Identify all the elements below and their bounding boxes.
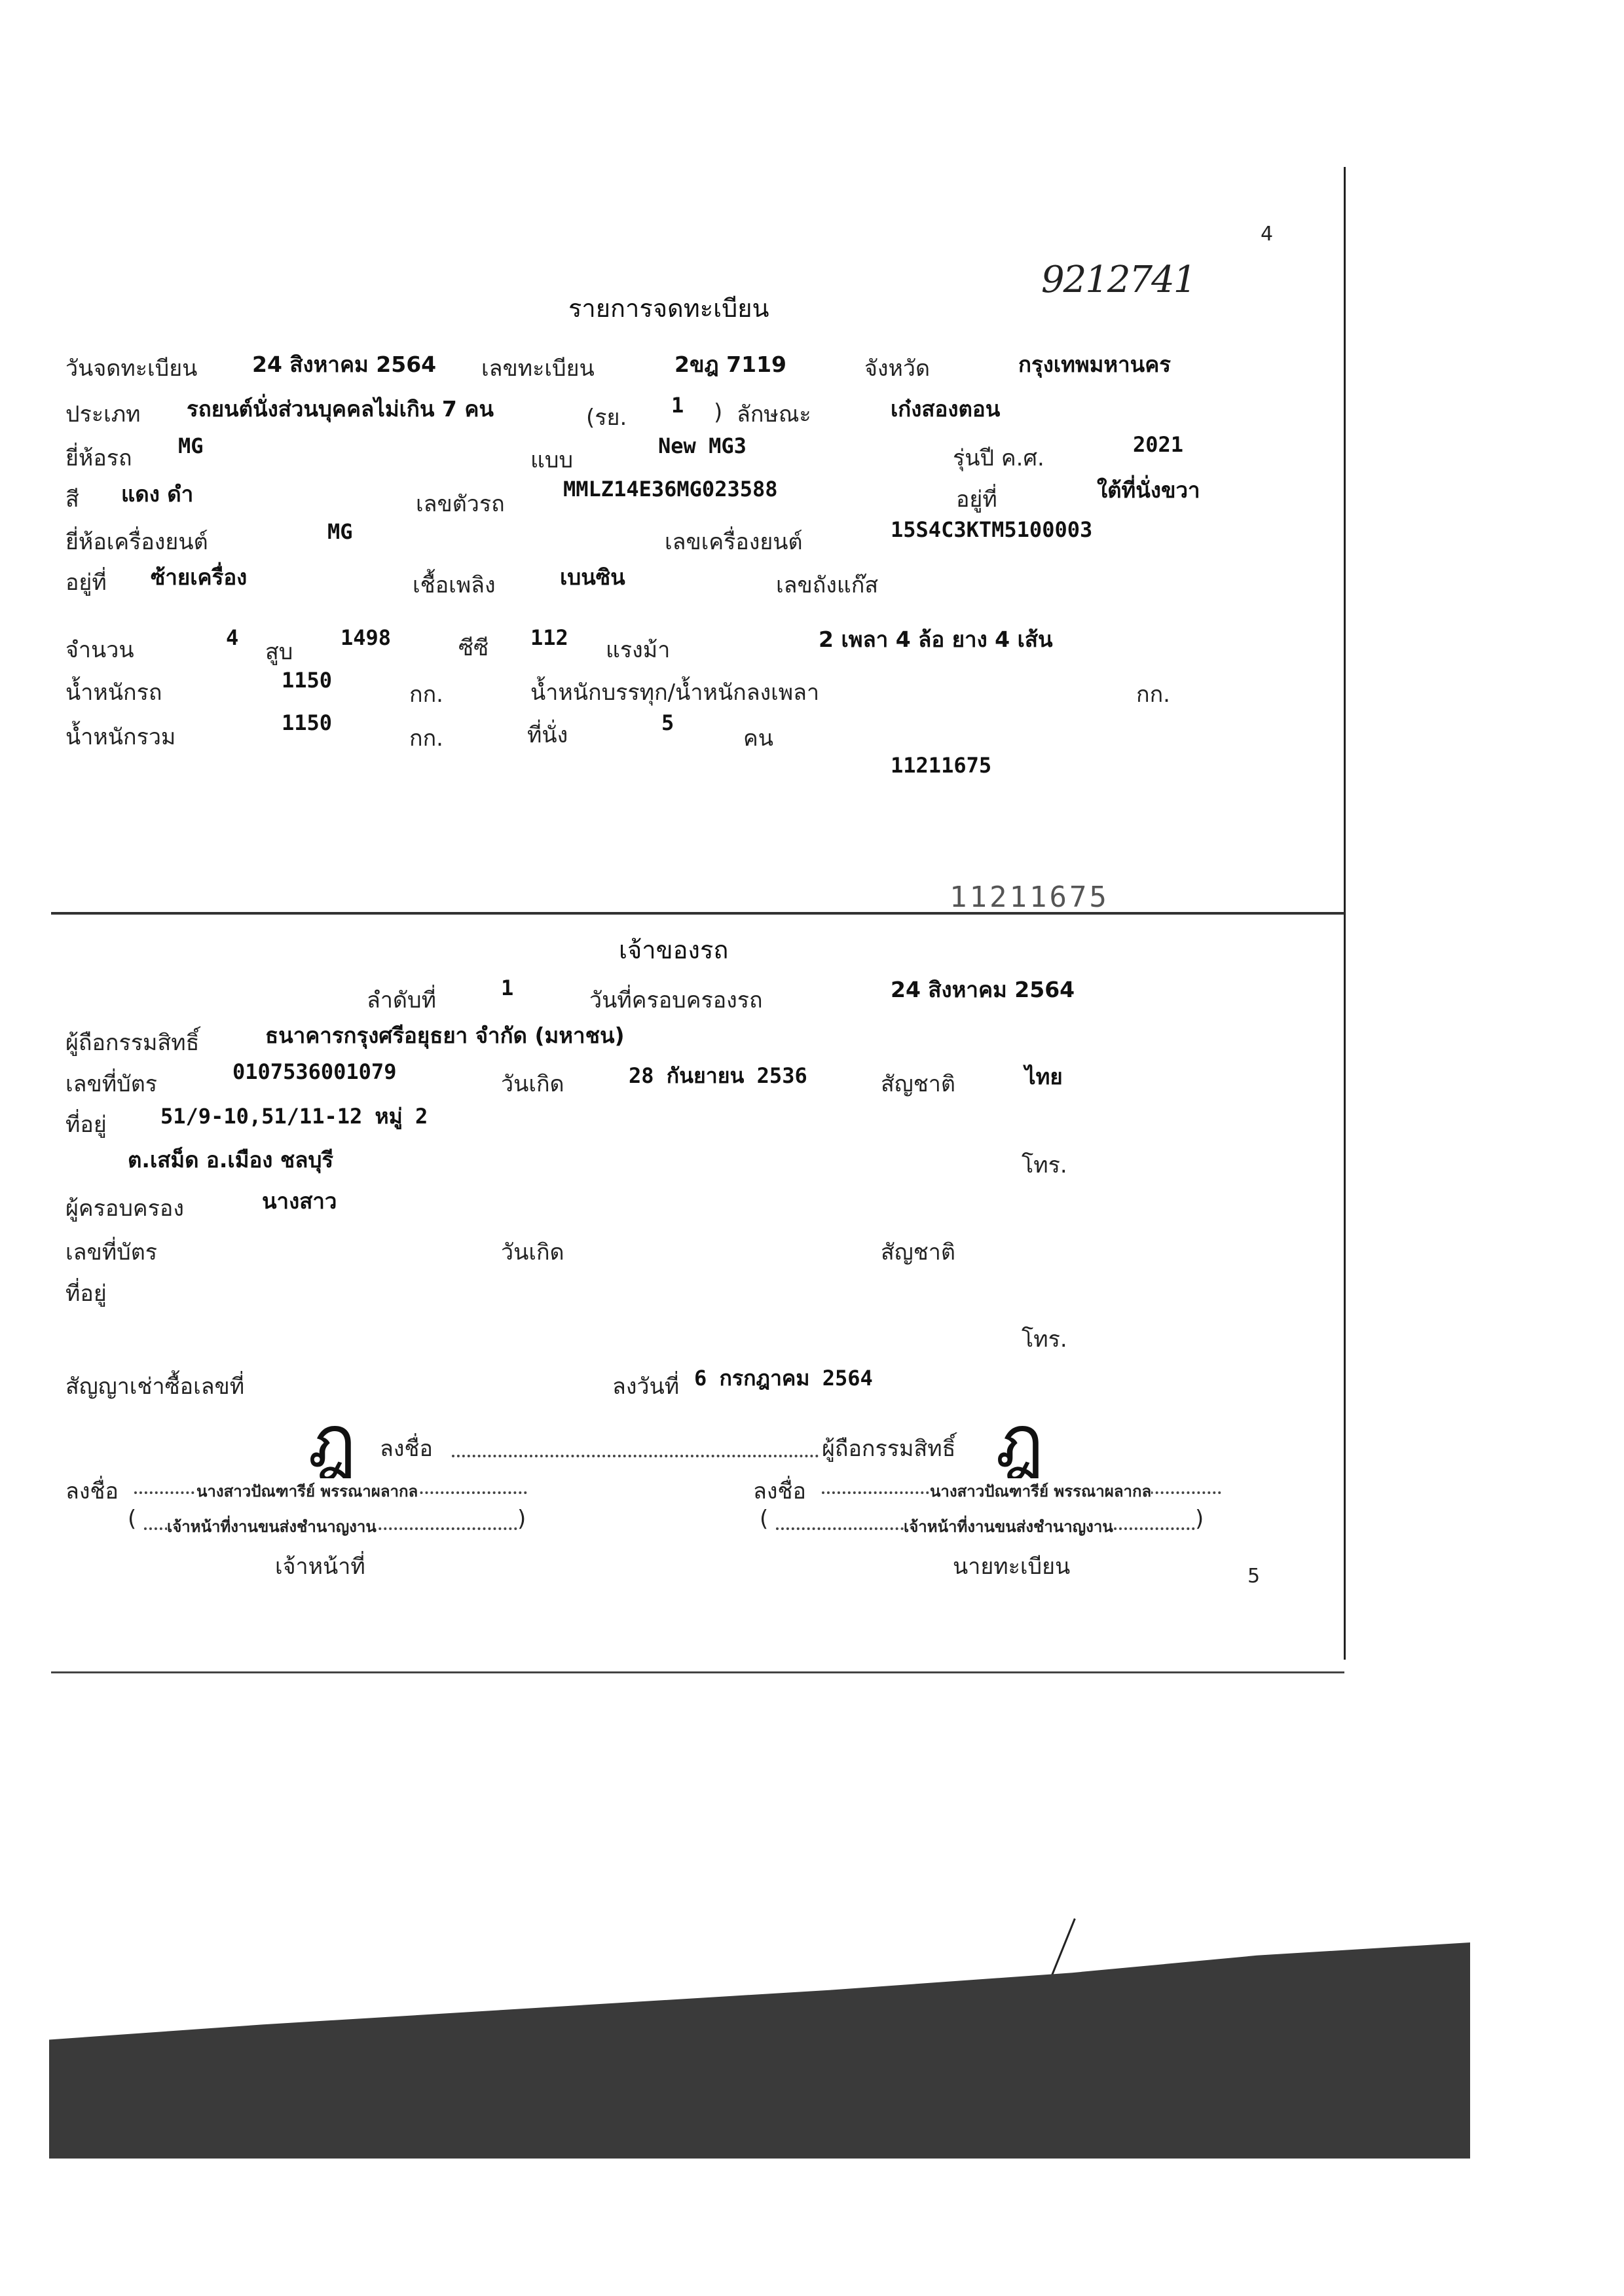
stamped-serial: 11211675 [950,881,1109,914]
engine-no-value: 15S4C3KTM5100003 [891,517,1092,542]
officer-paren-close: ) [517,1506,526,1532]
holder-birth-value: 28 กันยายน 2536 [629,1059,807,1093]
officer-sign-label: ลงชื่อ [65,1473,119,1508]
load-unit: กก. [1136,676,1170,712]
page-bottom-rule [51,1671,1344,1673]
officer-paren-open: ( [128,1506,136,1532]
fuel-value: เบนซิน [560,560,625,594]
brand-value: MG [178,433,204,458]
cylinders-value: 4 [226,625,238,650]
weight-value: 1150 [282,668,332,693]
load-label: น้ำหนักบรรทุก/น้ำหนักลงเพลา [530,674,819,710]
cylinders-unit: สูบ [265,634,293,669]
seats-label: ที่นั่ง [527,717,568,752]
scan-shadow-artifact [49,1942,1470,2159]
count-label: จำนวน [65,632,134,667]
holder-address-line2: ต.เสม็ด อ.เมือง ชลบุรี [128,1142,333,1177]
possessor-nationality-label: สัญชาติ [881,1234,955,1269]
model-year-value: 2021 [1133,432,1183,457]
style-label: ลักษณะ [737,396,811,431]
chassis-value: MMLZ14E36MG023588 [563,477,778,501]
seq-value: 1 [501,975,513,1000]
engine-loc-value: ซ้ายเครื่อง [151,560,247,594]
type-value: รถยนต์นั่งส่วนบุคคลไม่เกิน 7 คน [187,392,494,426]
registrar-sign-label: ลงชื่อ [753,1473,806,1508]
contract-label: สัญญาเช่าซื้อเลขที่ [65,1368,244,1404]
owner-sign-label: ลงชื่อ [380,1430,433,1466]
chassis-label: เลขตัวรถ [416,486,505,521]
engine-loc-label: อยู่ที่ [65,564,107,600]
cc-unit: ซีซี [458,630,489,665]
owner-role-label: ผู้ถือกรรมสิทธิ์ [822,1430,955,1466]
type-label: ประเภท [65,396,141,431]
brand-label: ยี่ห้อรถ [65,440,132,475]
gross-label: น้ำหนักรวม [65,719,175,754]
handwritten-reference: 9212741 [1041,259,1195,301]
province-value: กรุงเทพมหานคร [1018,347,1171,382]
registrar-name: นางสาวปัณฑารีย์ พรรณาผลากล [930,1478,1151,1504]
fuel-label: เชื้อเพลิง [413,567,496,602]
registration-title: รายการจดทะเบียน [568,288,769,328]
possessor-phone-label: โทร. [1022,1321,1067,1357]
color-label: สี [65,481,79,517]
holder-label: ผู้ถือกรรมสิทธิ์ [65,1025,199,1060]
ry-value: 1 [671,393,684,418]
officer-role: เจ้าหน้าที่ [275,1548,365,1584]
holder-nationality-label: สัญชาติ [881,1066,955,1101]
possessor-label: ผู้ครอบครอง [65,1190,184,1226]
engine-no-label: เลขเครื่องยนต์ [665,524,803,559]
form-serial-number: 11211675 [891,753,991,778]
hp-unit: แรงม้า [606,632,670,667]
seats-value: 5 [661,710,674,735]
reg-date-value: 24 สิงหาคม 2564 [252,347,436,382]
registrar-paren-close: ) [1195,1506,1204,1532]
possession-date-value: 24 สิงหาคม 2564 [891,972,1075,1007]
holder-birth-label: วันเกิด [501,1066,564,1101]
chassis-loc-value: ใต้ที่นั่งขวา [1097,473,1200,507]
color-value: แดง ดำ [121,477,193,511]
page-number-top: 4 [1261,223,1273,246]
officer-name: นางสาวปัณฑารีย์ พรรณาผลากล [196,1478,418,1504]
engine-brand-value: MG [327,519,353,544]
gross-value: 1150 [282,710,332,735]
possession-date-label: วันที่ครอบครองรถ [589,982,763,1017]
holder-address-label: ที่อยู่ [65,1106,107,1142]
holder-nationality-value: ไทย [1025,1059,1063,1094]
engine-brand-label: ยี่ห้อเครื่องยนต์ [65,524,208,559]
registrar-paren-open: ( [760,1506,768,1532]
model-value: New MG3 [658,433,747,458]
holder-id-label: เลขที่บัตร [65,1066,157,1101]
owner-title: เจ้าของรถ [619,930,728,970]
contract-date-value: 6 กรกฎาคม 2564 [694,1362,873,1395]
holder-phone-label: โทร. [1022,1147,1067,1182]
owner-sign-line [452,1455,819,1457]
plate-value: 2ขฎ 7119 [674,347,786,382]
holder-value: ธนาคารกรุงศรีอยุธยา จำกัด (มหาชน) [265,1018,625,1053]
weight-unit: กก. [409,676,443,712]
contract-date-label: ลงวันที่ [612,1368,679,1404]
cc-value: 1498 [341,625,391,650]
officer-position: เจ้าหน้าที่งานขนส่งชำนาญงาน [167,1514,377,1539]
section-divider [51,912,1344,915]
weight-label: น้ำหนักรถ [65,674,162,710]
page-number-bottom: 5 [1247,1565,1260,1588]
reg-date-label: วันจดทะเบียน [65,350,197,386]
possessor-value: นางสาว [262,1184,337,1218]
axle-value: 2 เพลา 4 ล้อ ยาง 4 เส้น [819,622,1053,657]
model-year-label: รุ่นปี ค.ศ. [953,440,1044,475]
possessor-id-label: เลขที่บัตร [65,1234,157,1269]
plate-label: เลขทะเบียน [481,350,595,386]
registrar-role: นายทะเบียน [953,1548,1070,1584]
style-value: เก๋งสองตอน [891,392,1000,426]
seq-label: ลำดับที่ [367,982,436,1017]
registrar-position: เจ้าหน้าที่งานขนส่งชำนาญงาน [904,1514,1113,1539]
gross-unit: กก. [409,720,443,756]
possessor-address-label: ที่อยู่ [65,1275,107,1311]
model-label: แบบ [530,442,573,477]
gas-tank-label: เลขถังแก๊ส [776,567,878,602]
possessor-birth-label: วันเกิด [501,1234,564,1269]
holder-id-value: 0107536001079 [232,1059,396,1084]
hp-value: 112 [530,625,568,650]
ry-close: ) [714,399,722,426]
ry-label: (รย. [586,399,627,435]
chassis-loc-label: อยู่ที่ [956,481,997,517]
holder-address-line1: 51/9-10,51/11-12 หมู่ 2 [160,1100,428,1133]
province-label: จังหวัด [864,350,930,386]
seats-unit: คน [743,720,773,756]
